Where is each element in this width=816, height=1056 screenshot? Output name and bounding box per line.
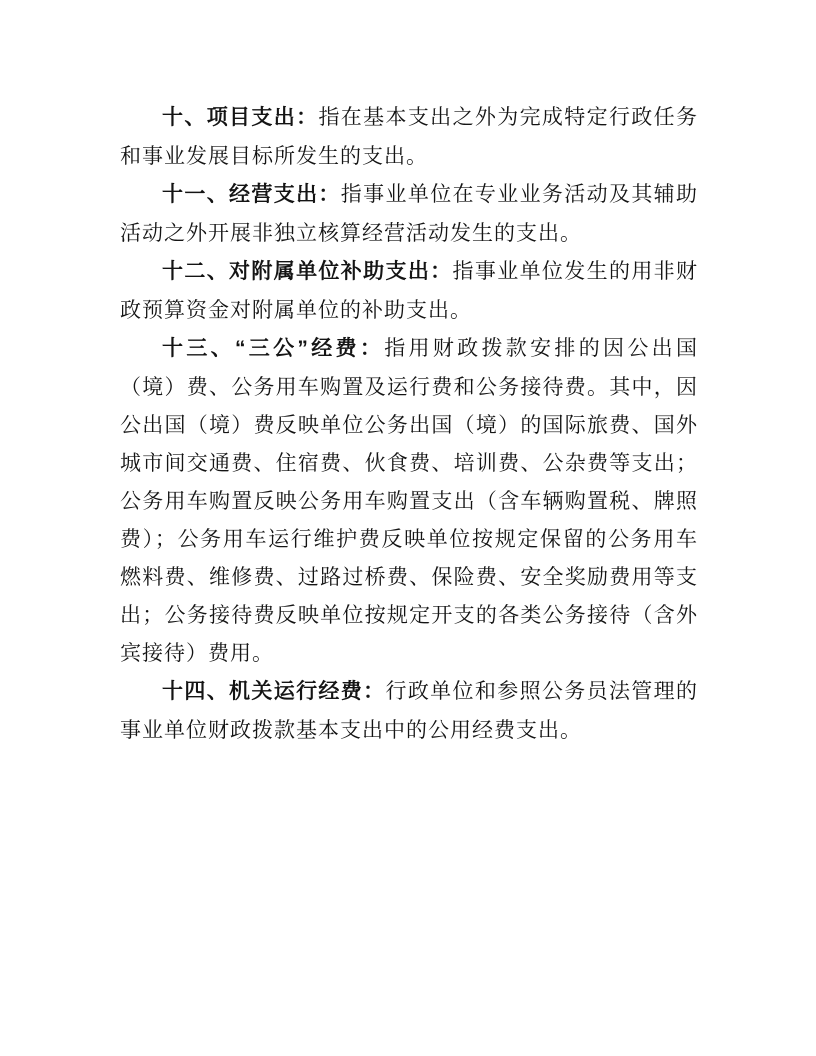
term-heading: 十三、“三公”经费： — [162, 337, 384, 360]
term-heading: 十二、对附属单位补助支出： — [162, 260, 453, 283]
term-heading: 十、项目支出： — [162, 106, 318, 129]
term-heading: 十一、经营支出： — [162, 183, 341, 206]
document-text-block: 十、项目支出：指在基本支出之外为完成特定行政任务和事业发展目标所发生的支出。 十… — [120, 98, 698, 749]
term-heading: 十四、机关运行经费： — [162, 680, 385, 703]
paragraph-item-13-three-public-funds: 十三、“三公”经费：指用财政拨款安排的因公出国（境）费、公务用车购置及运行费和公… — [120, 329, 698, 672]
paragraph-item-14-agency-operation-funds: 十四、机关运行经费：行政单位和参照公务员法管理的事业单位财政拨款基本支出中的公用… — [120, 672, 698, 749]
term-definition: 指用财政拨款安排的因公出国（境）费、公务用车购置及运行费和公务接待费。其中，因公… — [120, 336, 698, 665]
paragraph-item-11-operating-expenditure: 十一、经营支出：指事业单位在专业业务活动及其辅助活动之外开展非独立核算经营活动发… — [120, 175, 698, 252]
document-page: 十、项目支出：指在基本支出之外为完成特定行政任务和事业发展目标所发生的支出。 十… — [0, 0, 816, 1056]
paragraph-item-10-project-expenditure: 十、项目支出：指在基本支出之外为完成特定行政任务和事业发展目标所发生的支出。 — [120, 98, 698, 175]
paragraph-item-12-subsidy-to-affiliated-units: 十二、对附属单位补助支出：指事业单位发生的用非财政预算资金对附属单位的补助支出。 — [120, 252, 698, 329]
